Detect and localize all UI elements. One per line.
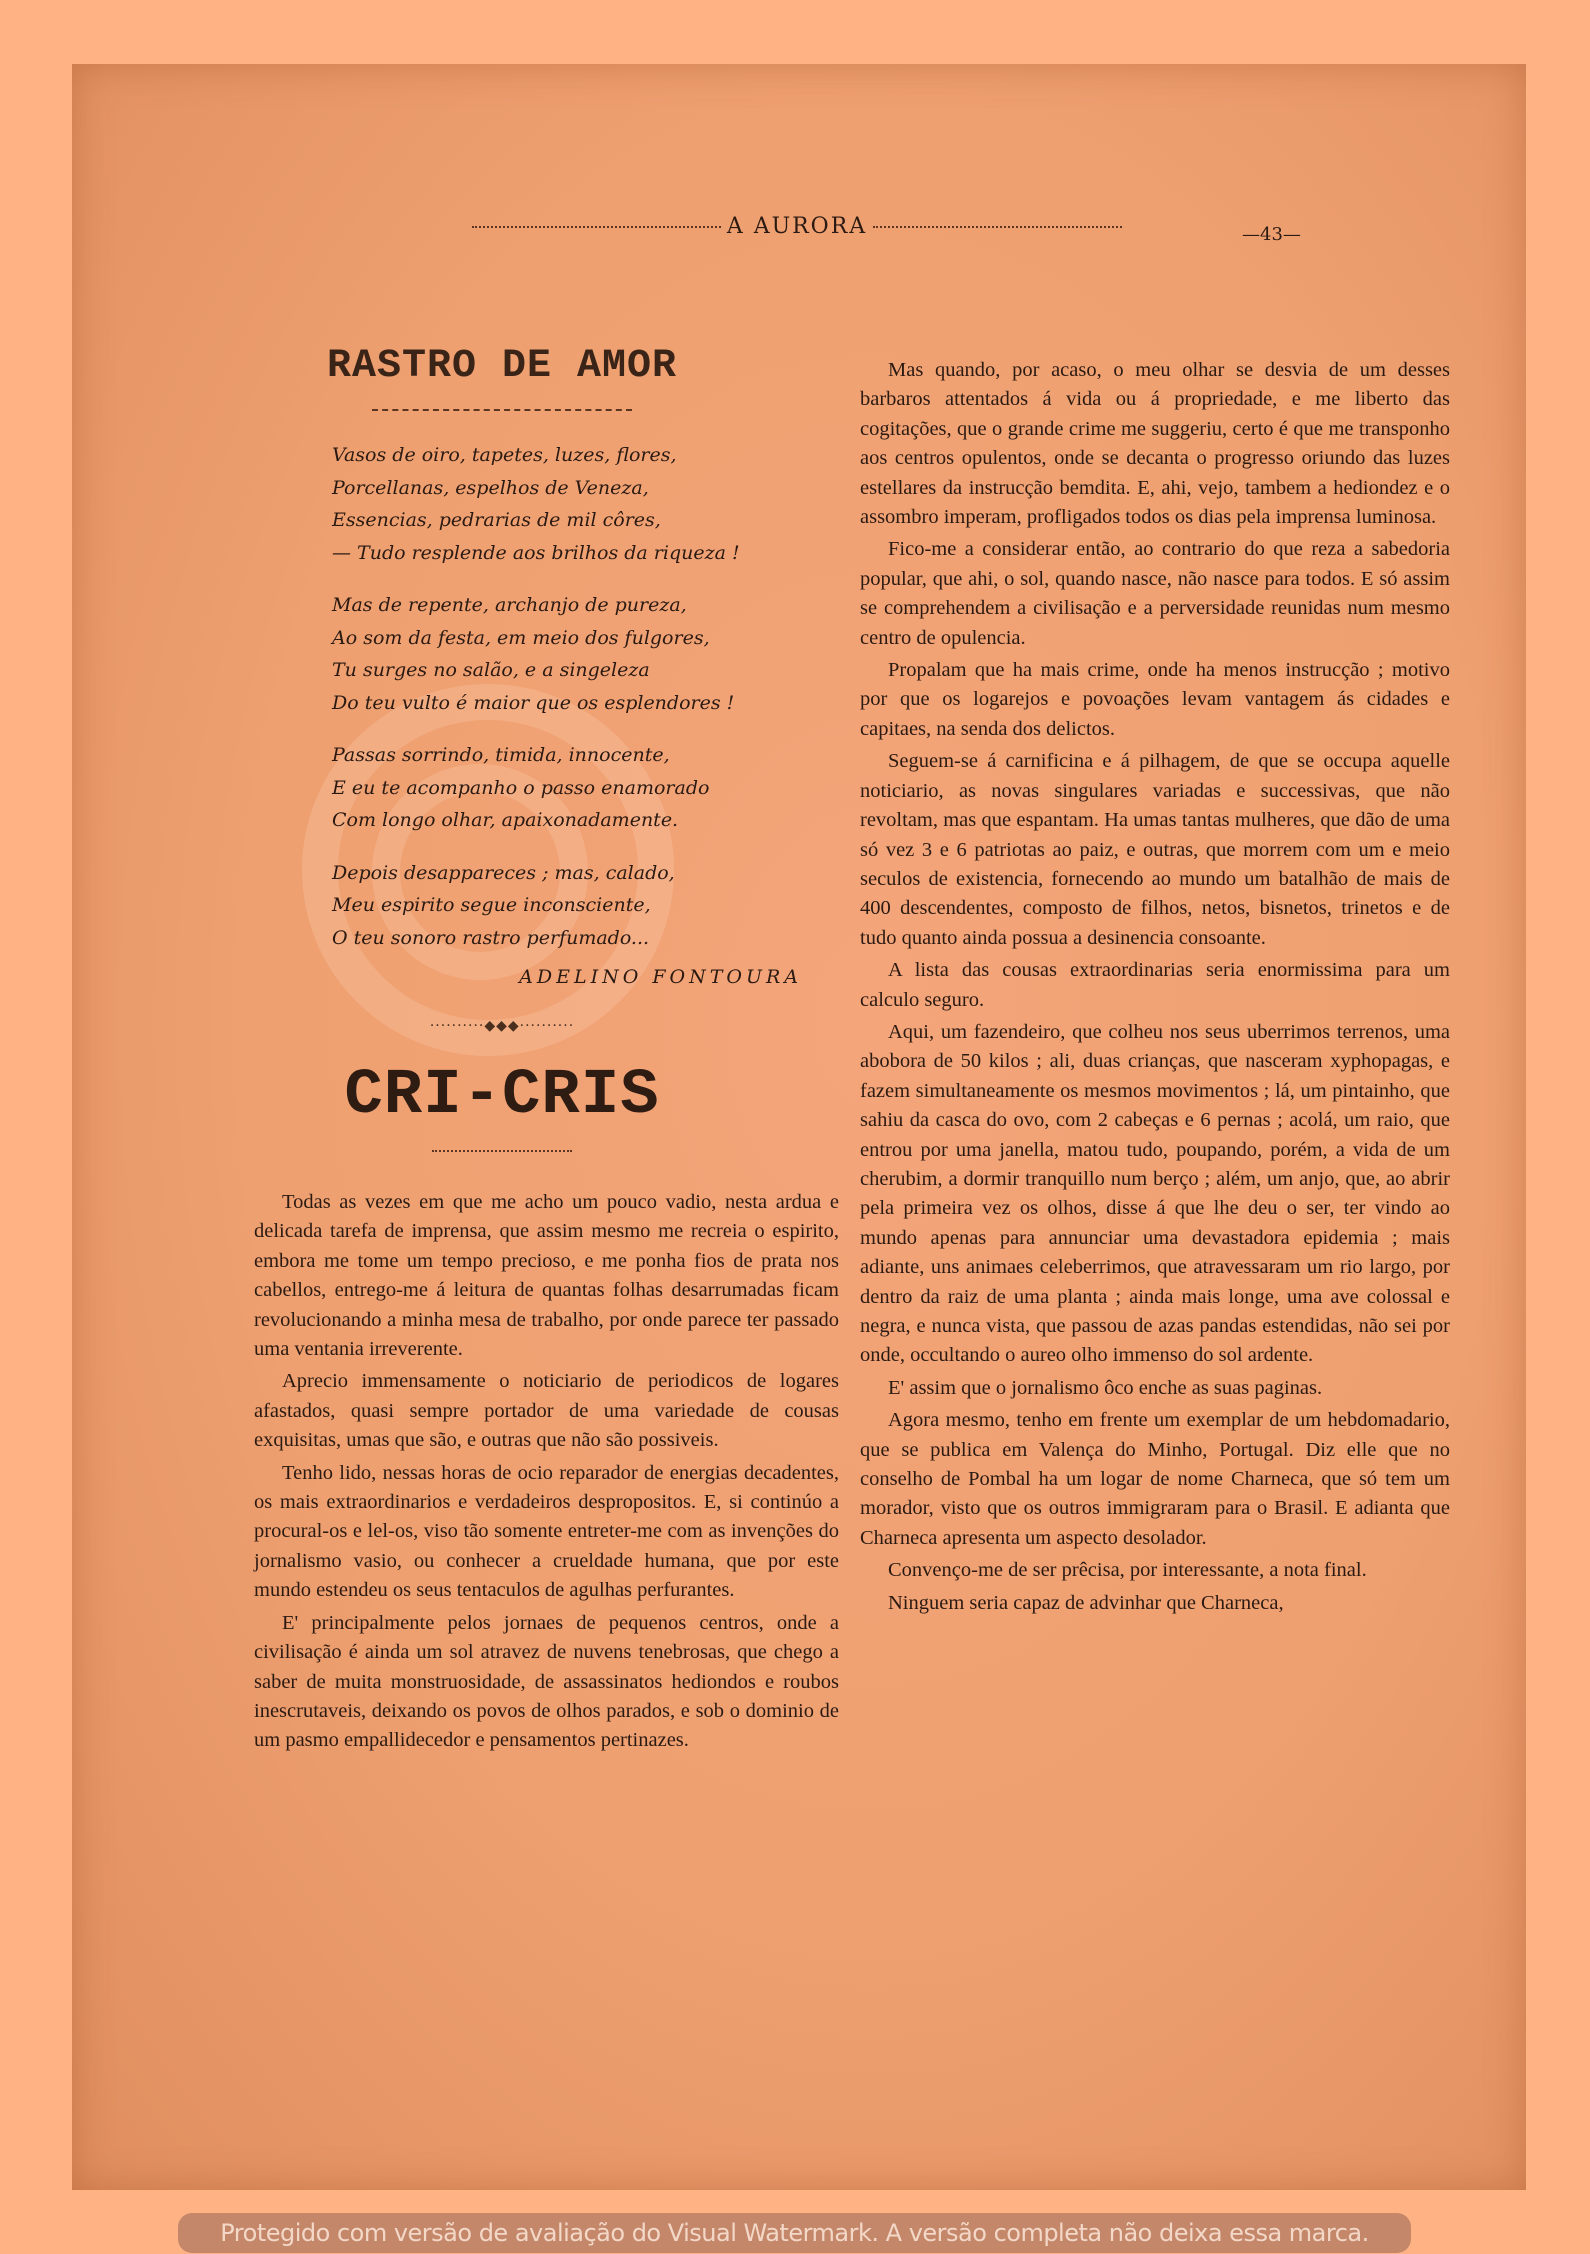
publication-name: A AURORA xyxy=(727,214,867,239)
article-left-text: Todas as vezes em que me acho um pouco v… xyxy=(254,1188,839,1756)
right-column: Mas quando, por acaso, o meu olhar se de… xyxy=(782,264,1454,1621)
newspaper-page: A AURORA —43— RASTRO DE AMOR Vasos de oi… xyxy=(72,64,1526,2190)
left-column: RASTRO DE AMOR Vasos de oiro, tapetes, l… xyxy=(182,264,862,1759)
poem-title: RASTRO DE AMOR xyxy=(182,344,862,389)
running-head-rule-right xyxy=(873,226,1122,228)
article-paragraph: E' assim que o jornalismo ôco enche as s… xyxy=(860,1374,1450,1403)
poem-author: ADELINO FONTOURA xyxy=(182,966,802,988)
article-paragraph: Aprecio immensamente o noticiario de per… xyxy=(254,1367,839,1455)
article-paragraph: Fico-me a considerar então, ao contrario… xyxy=(860,535,1450,653)
article-paragraph: Todas as vezes em que me acho um pouco v… xyxy=(254,1188,839,1364)
article-paragraph: Propalam que ha mais crime, onde ha meno… xyxy=(860,656,1450,744)
running-head-rule-left xyxy=(472,226,721,228)
article-paragraph: Convenço-me de ser prêcisa, por interess… xyxy=(860,1556,1450,1585)
article-paragraph: Seguem-se á carnificina e á pilhagem, de… xyxy=(860,747,1450,953)
article-title: CRI-CRIS xyxy=(182,1060,862,1132)
page-number: —43— xyxy=(1242,224,1301,245)
article-paragraph: Tenho lido, nessas horas de ocio reparad… xyxy=(254,1459,839,1606)
article-right-text: Mas quando, por acaso, o meu olhar se de… xyxy=(860,356,1450,1618)
section-divider-ornament: ··········◆◆◆·········· xyxy=(182,1018,862,1034)
poem-title-divider xyxy=(372,401,632,411)
article-paragraph: Ninguem seria capaz de advinhar que Char… xyxy=(860,1589,1450,1618)
article-paragraph: E' principalmente pelos jornaes de peque… xyxy=(254,1609,839,1756)
running-head: A AURORA xyxy=(472,214,1122,239)
article-title-rule xyxy=(432,1150,572,1152)
article-paragraph: Mas quando, por acaso, o meu olhar se de… xyxy=(860,356,1450,532)
watermark-banner: Protegido com versão de avaliação do Vis… xyxy=(178,2213,1411,2253)
article-paragraph: Agora mesmo, tenho em frente um exemplar… xyxy=(860,1406,1450,1553)
article-paragraph: Aqui, um fazendeiro, que colheu nos seus… xyxy=(860,1018,1450,1371)
article-paragraph: A lista das cousas extraordinarias seria… xyxy=(860,956,1450,1015)
